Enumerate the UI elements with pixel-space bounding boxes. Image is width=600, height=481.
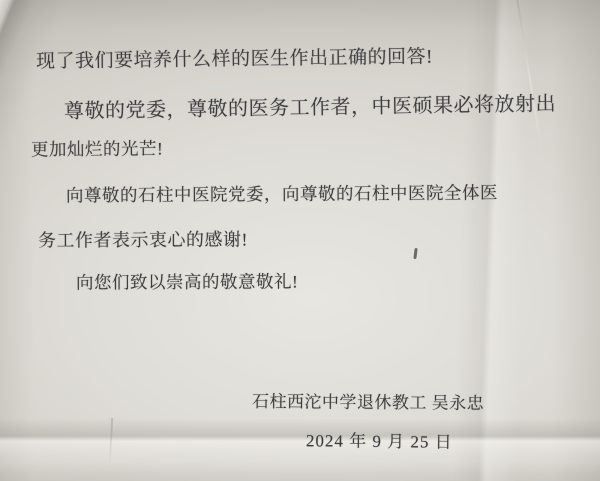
date-line: 2024 年 9 月 25 日	[306, 426, 453, 453]
body-line-5: 务工作者表示衷心的感谢!	[38, 225, 248, 252]
body-line-1: 现了我们要培养什么样的医生作出正确的回答!	[36, 42, 433, 74]
body-line-6: 向您们致以崇高的敬意敬礼!	[76, 268, 298, 294]
signature-line: 石柱西沱中学退休教工 吴永忠	[252, 387, 484, 414]
body-line-4: 向尊敬的石柱中医院党委，向尊敬的石柱中医院全体医	[66, 179, 498, 207]
body-line-3: 更加灿烂的光芒!	[31, 135, 164, 161]
letter-photo: 现了我们要培养什么样的医生作出正确的回答! 尊敬的党委，尊敬的医务工作者，中医硕…	[0, 0, 600, 481]
